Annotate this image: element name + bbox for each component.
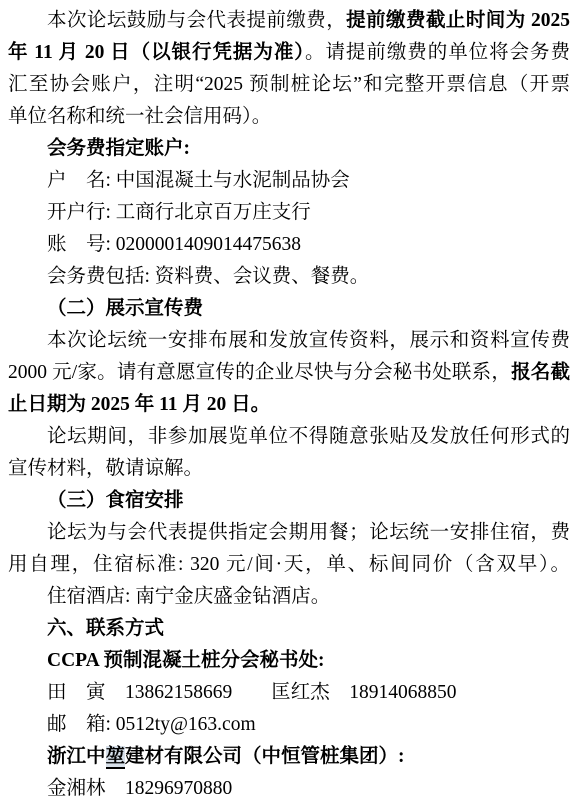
text-run: 宣传材料，敬请谅解。 — [8, 458, 203, 479]
text-run-bold: （二）展示宣传费 — [47, 298, 203, 319]
text-run: 论坛期间，非参加展览单位不得随意张贴及发放任何形式的 — [47, 426, 570, 447]
text-run: 田 寅 13862158669 匡红杰 18914068850 — [47, 682, 457, 703]
para-no-posting-line-2: 宣传材料，敬请谅解。 — [8, 453, 570, 485]
text-run: 开户行: 工商行北京百万庄支行 — [47, 202, 311, 223]
heading-exhibition-fee: （二）展示宣传费 — [8, 293, 570, 325]
text-run-bold: 六、联系方式 — [47, 618, 164, 639]
heading-designated-account: 会务费指定账户: — [8, 133, 570, 165]
text-run-bold: （三）食宿安排 — [47, 490, 184, 511]
text-run-bold: 建材有限公司（中恒管桩集团）: — [125, 746, 405, 767]
para-exhibition-line-3: 止日期为 2025 年 11 月 20 日。 — [8, 389, 570, 421]
para-prepayment-line-2: 年 11 月 20 日（以银行凭据为准）。请提前缴费的单位将会务费 — [8, 37, 570, 69]
text-run-bold: CCPA 预制混凝土桩分会秘书处: — [47, 650, 325, 671]
text-run: 会务费包括: 资料费、会议费、餐费。 — [47, 266, 369, 287]
para-lodging-line-2: 用自理，住宿标准: 320 元/间·天，单、标间同价（含双早）。 — [8, 549, 570, 581]
para-prepayment-line-1: 本次论坛鼓励与会代表提前缴费，提前缴费截止时间为 2025 — [8, 5, 570, 37]
document-page: 本次论坛鼓励与会代表提前缴费，提前缴费截止时间为 2025 年 11 月 20 … — [0, 0, 580, 805]
text-run-bold: 会务费指定账户: — [47, 138, 190, 159]
para-exhibition-line-1: 本次论坛统一安排布展和发放宣传资料，展示和资料宣传费 — [8, 325, 570, 357]
line-contacts-phones: 田 寅 13862158669 匡红杰 18914068850 — [8, 677, 570, 709]
highlighted-char: 堃 — [106, 746, 126, 769]
text-run: 汇至协会账户，注明“2025 预制桩论坛”和完整开票信息（开票 — [8, 74, 570, 95]
para-prepayment-line-4: 单位名称和统一社会信用码）。 — [8, 101, 570, 133]
text-run: 本次论坛鼓励与会代表提前缴费， — [47, 10, 346, 31]
para-prepayment-line-3: 汇至协会账户，注明“2025 预制桩论坛”和完整开票信息（开票 — [8, 69, 570, 101]
text-run-bold: 止日期为 2025 年 11 月 20 日。 — [8, 394, 270, 415]
line-account-name: 户 名: 中国混凝土与水泥制品协会 — [8, 165, 570, 197]
line-jin-xianglin: 金湘林 18296970880 — [8, 773, 570, 805]
para-lodging-line-1: 论坛为与会代表提供指定会期用餐；论坛统一安排住宿，费 — [8, 517, 570, 549]
text-run: 2000 元/家。请有意愿宣传的企业尽快与分会秘书处联系， — [8, 362, 511, 383]
para-exhibition-line-2: 2000 元/家。请有意愿宣传的企业尽快与分会秘书处联系，报名截 — [8, 357, 570, 389]
line-fee-includes: 会务费包括: 资料费、会议费、餐费。 — [8, 261, 570, 293]
heading-accommodation: （三）食宿安排 — [8, 485, 570, 517]
heading-contact: 六、联系方式 — [8, 613, 570, 645]
text-run-bold: 提前缴费截止时间为 2025 — [346, 10, 570, 31]
text-run: 户 名: 中国混凝土与水泥制品协会 — [47, 170, 350, 191]
line-hotel: 住宿酒店: 南宁金庆盛金钻酒店。 — [8, 581, 570, 613]
text-run: 单位名称和统一社会信用码）。 — [8, 106, 271, 127]
text-run: 用自理，住宿标准: 320 元/间·天，单、标间同价（含双早）。 — [8, 554, 570, 575]
line-email: 邮 箱: 0512ty@163.com — [8, 709, 570, 741]
text-run: 邮 箱: 0512ty@163.com — [47, 714, 256, 735]
text-run: 本次论坛统一安排布展和发放宣传资料，展示和资料宣传费 — [47, 330, 570, 351]
line-account-number: 账 号: 0200001409014475638 — [8, 229, 570, 261]
text-run-bold: 浙江中 — [47, 746, 106, 767]
text-run: 。请提前缴费的单位将会务费 — [305, 42, 570, 63]
text-run: 论坛为与会代表提供指定会期用餐；论坛统一安排住宿，费 — [47, 522, 570, 543]
heading-ccpa-secretariat: CCPA 预制混凝土桩分会秘书处: — [8, 645, 570, 677]
text-run-bold: 报名截 — [511, 362, 570, 383]
text-run: 账 号: 0200001409014475638 — [47, 234, 301, 255]
text-run: 金湘林 18296970880 — [47, 778, 232, 799]
text-run: 住宿酒店: 南宁金庆盛金钻酒店。 — [47, 586, 330, 607]
text-run-bold: 年 11 月 20 日（以银行凭据为准） — [8, 42, 305, 63]
line-bank-branch: 开户行: 工商行北京百万庄支行 — [8, 197, 570, 229]
heading-zhejiang-company: 浙江中堃建材有限公司（中恒管桩集团）: — [8, 741, 570, 773]
para-no-posting-line-1: 论坛期间，非参加展览单位不得随意张贴及发放任何形式的 — [8, 421, 570, 453]
